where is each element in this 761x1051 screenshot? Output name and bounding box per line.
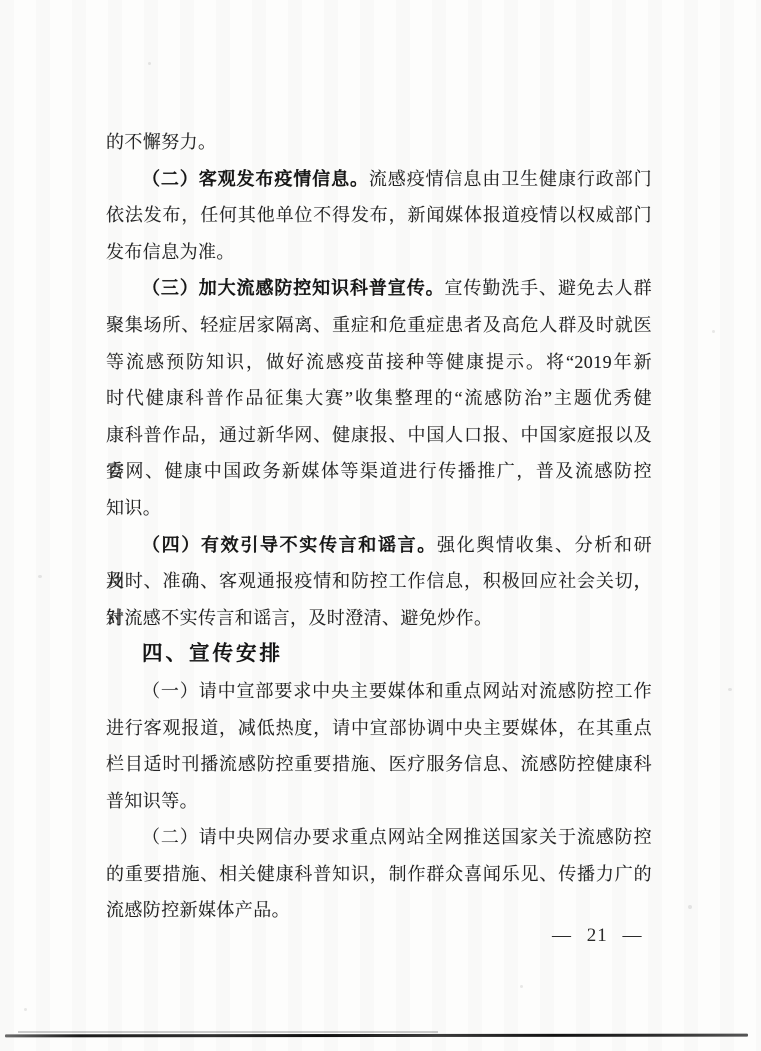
body-text: 流感疫情信息由卫生健康行政部门 [369, 169, 652, 189]
scan-noise-speckle [728, 688, 732, 691]
section-heading: 四、宣传安排 [106, 636, 652, 673]
page-number: — 21 — [552, 925, 643, 947]
text-line: 进行客观报道，减低热度，请中宣部协调中央主要媒体，在其重点 [106, 710, 652, 747]
body-text: 发布信息为准。 [106, 242, 235, 262]
scan-noise-speckle [520, 985, 523, 988]
text-line: 栏目适时刊播流感防控重要措施、医疗服务信息、流感防控健康科 [106, 746, 652, 783]
text-line: （一）请中宣部要求中央主要媒体和重点网站对流感防控工作 [106, 673, 652, 710]
text-line: 流感防控新媒体产品。 [106, 892, 652, 929]
text-line: 普知识等。 [106, 783, 652, 820]
text-line: （二）客观发布疫情信息。流感疫情信息由卫生健康行政部门 [106, 161, 652, 198]
text-line: 时代健康科普作品征集大赛”收集整理的“流感防治”主题优秀健 [106, 380, 652, 417]
body-text: 等流感预防知识，做好流感疫苗接种等健康提示。将“2019年新 [106, 352, 652, 372]
body-text: 对流感不实传言和谣言，及时澄清、避免炒作。 [106, 608, 492, 628]
body-text: 宣传勤洗手、避免去人群 [445, 278, 652, 298]
text-line: 对流感不实传言和谣言，及时澄清、避免炒作。 [106, 600, 652, 637]
body-text: 时代健康科普作品征集大赛”收集整理的“流感防治”主题优秀健 [106, 388, 652, 408]
text-line: 官网、健康中国政务新媒体等渠道进行传播推广，普及流感防控 [106, 453, 652, 490]
scan-noise-speckle [688, 905, 692, 909]
emphasis-text: （三）加大流感防控知识科普宣传。 [142, 278, 445, 298]
scan-noise-speckle [38, 575, 42, 578]
document-body: 的不懈努力。（二）客观发布疫情信息。流感疫情信息由卫生健康行政部门依法发布，任何… [106, 124, 652, 929]
text-line: 的不懈努力。 [106, 124, 652, 161]
scan-noise-speckle [148, 62, 151, 65]
body-text: 聚集场所、轻症居家隔离、重症和危重症患者及高危人群及时就医 [106, 315, 652, 335]
text-line: 及时、准确、客观通报疫情和防控工作信息，积极回应社会关切，针 [106, 563, 652, 600]
body-text: 栏目适时刊播流感防控重要措施、医疗服务信息、流感防控健康科 [106, 754, 652, 774]
body-text: （二）请中央网信办要求重点网站全网推送国家关于流感防控 [142, 827, 652, 847]
body-text: 官网、健康中国政务新媒体等渠道进行传播推广，普及流感防控 [106, 461, 652, 481]
body-text: 进行客观报道，减低热度，请中宣部协调中央主要媒体，在其重点 [106, 718, 652, 738]
text-line: （三）加大流感防控知识科普宣传。宣传勤洗手、避免去人群 [106, 270, 652, 307]
body-text: 的重要措施、相关健康科普知识，制作群众喜闻乐见、传播力广的 [106, 864, 652, 884]
text-line: 的重要措施、相关健康科普知识，制作群众喜闻乐见、传播力广的 [106, 856, 652, 893]
text-line: （四）有效引导不实传言和谣言。强化舆情收集、分析和研判， [106, 527, 652, 564]
scan-noise-speckle [712, 330, 715, 333]
scan-noise-speckle [24, 1008, 27, 1011]
body-text: 普知识等。 [106, 791, 198, 811]
text-line: （二）请中央网信办要求重点网站全网推送国家关于流感防控 [106, 819, 652, 856]
emphasis-text: （四）有效引导不实传言和谣言。 [142, 535, 437, 555]
text-line: 康科普作品，通过新华网、健康报、中国人口报、中国家庭报以及委 [106, 417, 652, 454]
scan-edge-line [5, 1034, 748, 1038]
text-line: 聚集场所、轻症居家隔离、重症和危重症患者及高危人群及时就医 [106, 307, 652, 344]
body-text: （一）请中宣部要求中央主要媒体和重点网站对流感防控工作 [142, 681, 652, 701]
document-page: 的不懈努力。（二）客观发布疫情信息。流感疫情信息由卫生健康行政部门依法发布，任何… [0, 0, 761, 1051]
emphasis-text: 四、宣传安排 [142, 642, 283, 665]
body-text: 的不懈努力。 [106, 132, 216, 152]
text-line: 知识。 [106, 490, 652, 527]
text-line: 等流感预防知识，做好流感疫苗接种等健康提示。将“2019年新 [106, 344, 652, 381]
text-line: 发布信息为准。 [106, 234, 652, 271]
text-line: 依法发布，任何其他单位不得发布，新闻媒体报道疫情以权威部门 [106, 197, 652, 234]
body-text: 流感防控新媒体产品。 [106, 900, 290, 920]
emphasis-text: （二）客观发布疫情信息。 [142, 169, 369, 189]
body-text: 依法发布，任何其他单位不得发布，新闻媒体报道疫情以权威部门 [106, 205, 652, 225]
scan-smear [18, 1031, 438, 1033]
body-text: 知识。 [106, 498, 161, 518]
